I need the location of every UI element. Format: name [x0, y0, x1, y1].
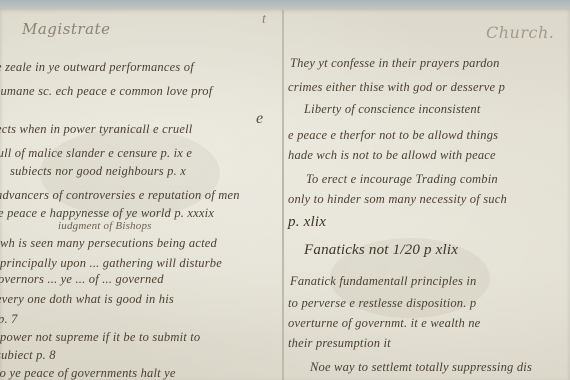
manuscript-line: ects when in power tyranicall e cruell — [0, 122, 192, 137]
manuscript-line: e peace e therfor not to be allowd thing… — [288, 128, 498, 143]
manuscript-line: wh is seen many persecutions being acted — [0, 236, 217, 251]
column-heading: Church. — [486, 23, 554, 42]
manuscript-line: Liberty of conscience inconsistent — [304, 102, 481, 117]
manuscript-line: overnors ... ye ... of ... governed — [0, 272, 164, 287]
manuscript-line: principally upon ... gathering will dist… — [0, 256, 222, 271]
manuscript-line: To erect e incourage Trading combin — [306, 172, 498, 187]
column-heading: Magistrate — [22, 20, 110, 38]
manuscript-line: crimes either thise with god or desserve… — [288, 80, 505, 95]
right-column-church: Church. They yt confesse in their prayer… — [286, 10, 570, 380]
manuscript-line: full of malice slander e censure p. ix e — [0, 146, 192, 161]
manuscript-line: Fanatick fundamentall principles in — [290, 274, 477, 289]
manuscript-line: e zeale in ye outward performances of — [0, 60, 194, 75]
manuscript-line: Fanaticks not 1/20 p xlix — [304, 242, 458, 259]
manuscript-line: advancers of controversies e reputation … — [0, 188, 240, 203]
page-fold-line — [282, 10, 284, 380]
manuscript-line: p. 7 — [0, 312, 18, 327]
manuscript-line: They yt confesse in their prayers pardon — [290, 56, 500, 71]
manuscript-line: overturne of governmt. it e wealth ne — [288, 316, 480, 331]
manuscript-line: their presumption it — [288, 336, 391, 351]
manuscript-line: iudgment of Bishops — [58, 220, 152, 232]
manuscript-line: p. xlix — [288, 214, 326, 231]
left-column-magistrate: Magistrate e zeale in ye outward perform… — [0, 10, 280, 380]
manuscript-line: e peace e happynesse of ye world p. xxxi… — [0, 206, 214, 221]
manuscript-line: every one doth what is good in his — [0, 292, 174, 307]
manuscript-line: subiect p. 8 — [0, 348, 56, 363]
center-top-mark: t — [262, 12, 266, 28]
manuscript-line: power not supreme if it be to submit to — [0, 330, 200, 345]
manuscript-line: only to hinder som many necessity of suc… — [288, 192, 507, 207]
manuscript-line: to ye peace of governments halt ye — [0, 366, 176, 380]
manuscript-line: to perverse e restlesse disposition. p — [288, 296, 476, 311]
margin-ampersand-mark: e — [256, 110, 263, 128]
manuscript-line: hade wch is not to be allowd with peace — [288, 148, 496, 163]
manuscript-line: Noe way to settlemt totally suppressing … — [310, 360, 532, 375]
manuscript-line: humane sc. ech peace e common love prof — [0, 84, 212, 99]
manuscript-line: subiects nor good neighbours p. x — [10, 164, 186, 179]
